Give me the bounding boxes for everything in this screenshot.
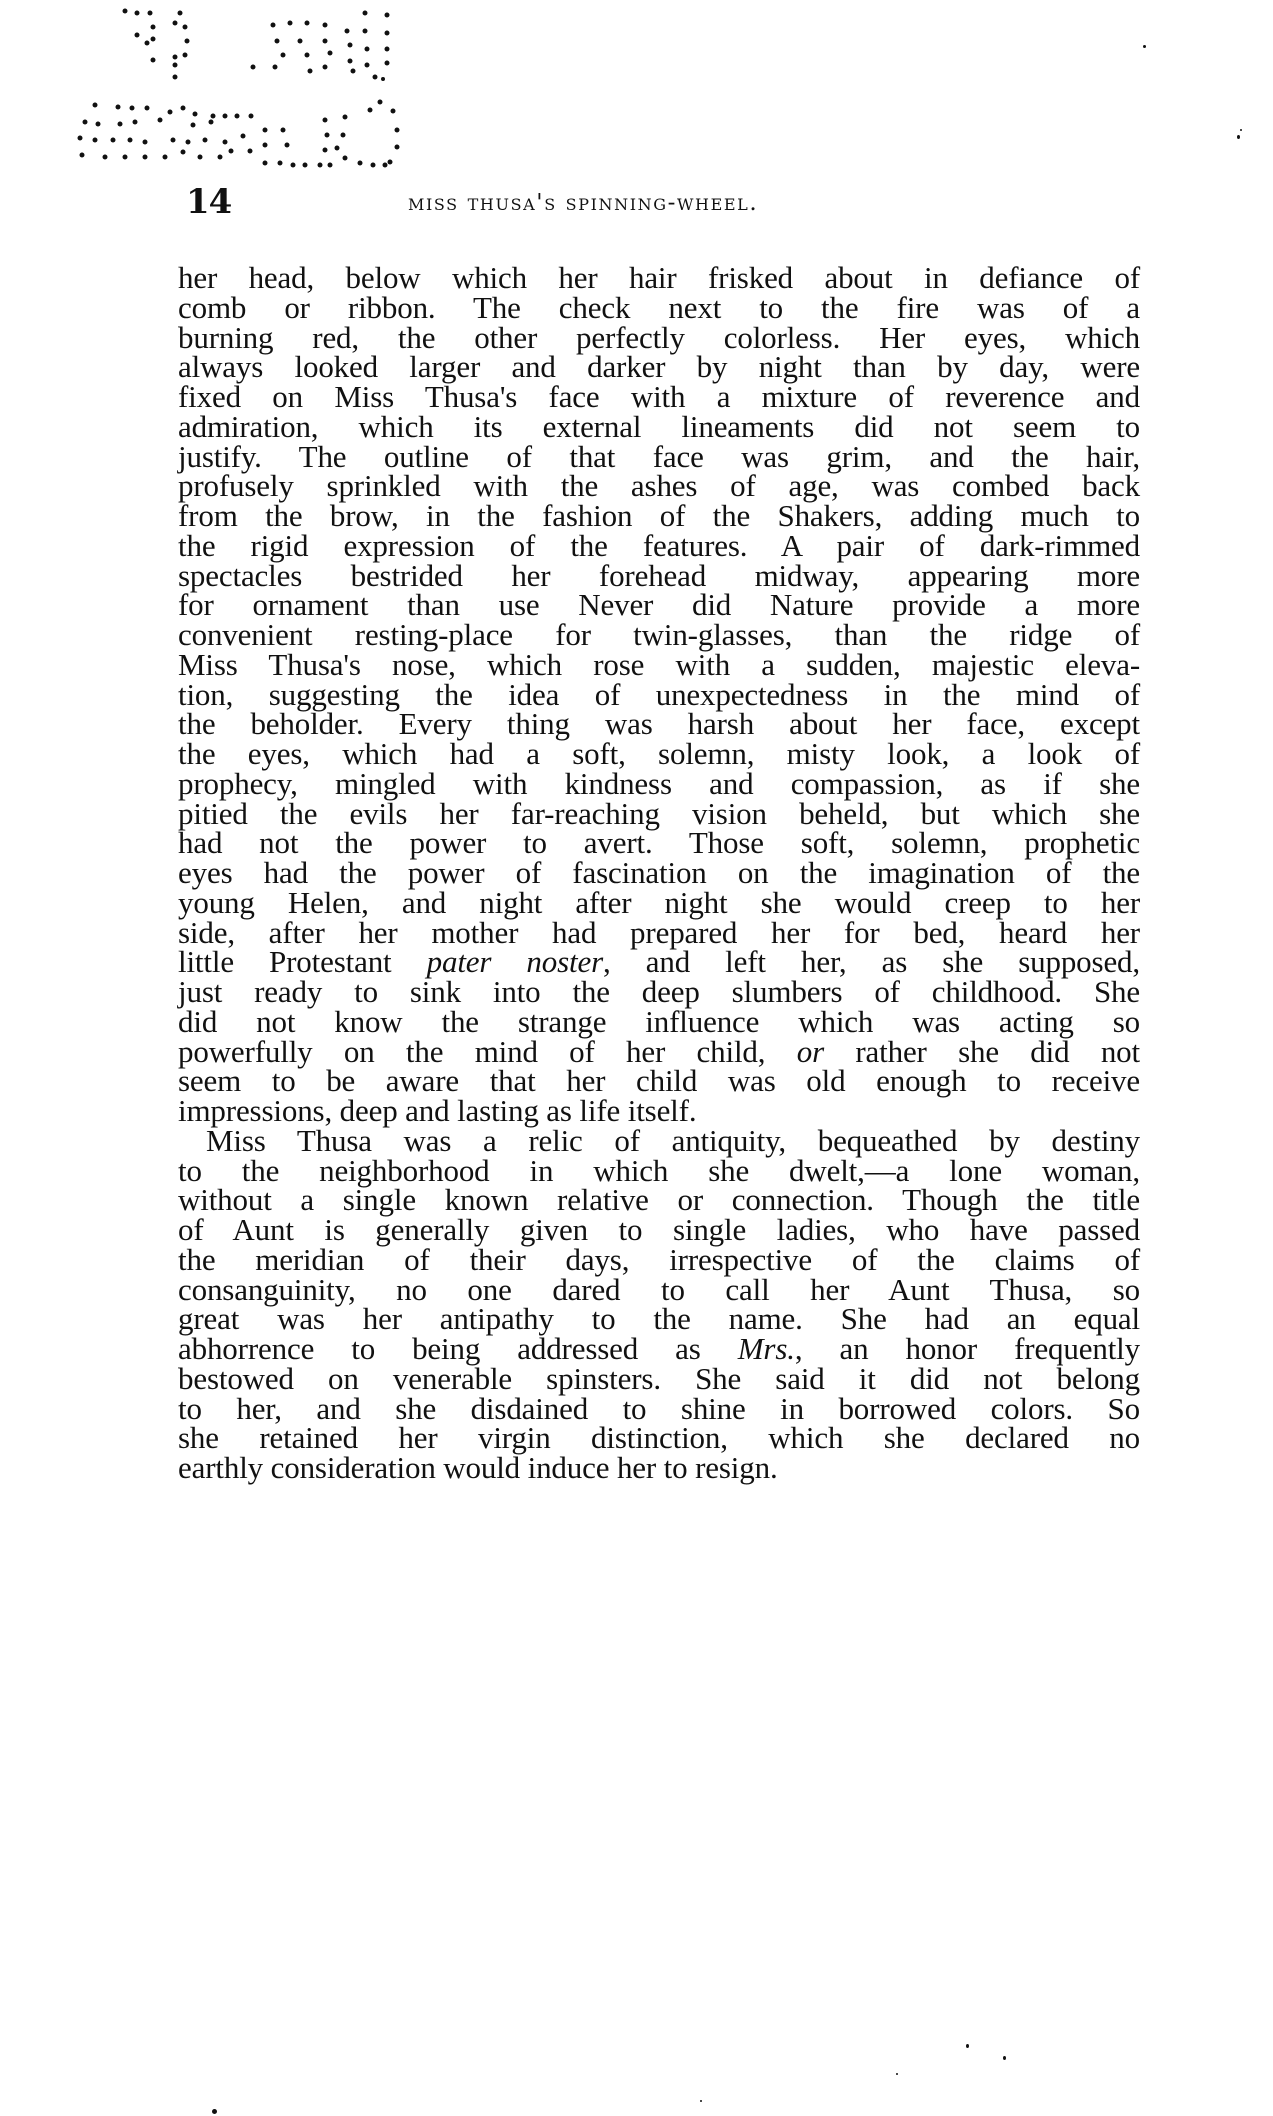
text-line: Miss Thusa's nose, which rose with a sud… [178, 650, 1140, 680]
text-line: convenient resting-place for twin-glasse… [178, 620, 1140, 650]
text-line: without a single known relative or conne… [178, 1185, 1140, 1215]
text-line: spectacles bestrided her forehead midway… [178, 561, 1140, 591]
text-line: of Aunt is generally given to single lad… [178, 1215, 1140, 1245]
text-line: had not the power to avert. Those soft, … [178, 828, 1140, 858]
text-line: pitied the evils her far-reaching vision… [178, 799, 1140, 829]
text-line: the beholder. Every thing was harsh abou… [178, 709, 1140, 739]
text-line: to the neighborhood in which she dwelt,—… [178, 1156, 1140, 1186]
text-line: powerfully on the mind of her child, or … [178, 1037, 1140, 1067]
running-head: 14 MISS THUSA'S SPINNING-WHEEL. [186, 182, 1146, 222]
text-line: her head, below which her hair frisked a… [178, 263, 1140, 293]
text-line: from the brow, in the fashion of the Sha… [178, 501, 1140, 531]
text-line: justify. The outline of that face was gr… [178, 442, 1140, 472]
text-line: great was her antipathy to the name. She… [178, 1304, 1140, 1334]
page-number: 14 [186, 182, 231, 222]
text-line: comb or ribbon. The check next to the fi… [178, 293, 1140, 323]
text-line: earthly consideration would induce her t… [178, 1453, 1140, 1483]
text-line: profusely sprinkled with the ashes of ag… [178, 471, 1140, 501]
text-line: to her, and she disdained to shine in bo… [178, 1394, 1140, 1424]
text-line: tion, suggesting the idea of unexpectedn… [178, 680, 1140, 710]
text-line: consanguinity, no one dared to call her … [178, 1275, 1140, 1305]
text-line: just ready to sink into the deep slumber… [178, 977, 1140, 1007]
paragraph: her head, below which her hair frisked a… [178, 263, 1140, 1126]
body-text: her head, below which her hair frisked a… [178, 263, 1140, 1483]
text-line: Miss Thusa was a relic of antiquity, beq… [178, 1126, 1140, 1156]
text-line: impressions, deep and lasting as life it… [178, 1096, 1140, 1126]
text-line: the rigid expression of the features. A … [178, 531, 1140, 561]
text-line: seem to be aware that her child was old … [178, 1066, 1140, 1096]
text-line: prophecy, mingled with kindness and comp… [178, 769, 1140, 799]
book-page: 14 MISS THUSA'S SPINNING-WHEEL. her head… [0, 0, 1273, 2116]
text-line: young Helen, and night after night she w… [178, 888, 1140, 918]
text-line: the eyes, which had a soft, solemn, mist… [178, 739, 1140, 769]
text-line: for ornament than use Never did Nature p… [178, 590, 1140, 620]
text-line: admiration, which its external lineament… [178, 412, 1140, 442]
text-line: little Protestant pater noster, and left… [178, 947, 1140, 977]
text-line: she retained her virgin distinction, whi… [178, 1423, 1140, 1453]
text-line: eyes had the power of fascination on the… [178, 858, 1140, 888]
text-line: fixed on Miss Thusa's face with a mixtur… [178, 382, 1140, 412]
text-line: did not know the strange influence which… [178, 1007, 1140, 1037]
running-title: MISS THUSA'S SPINNING-WHEEL. [408, 190, 758, 216]
text-line: burning red, the other perfectly colorle… [178, 323, 1140, 353]
text-line: bestowed on venerable spinsters. She sai… [178, 1364, 1140, 1394]
text-line: always looked larger and darker by night… [178, 352, 1140, 382]
paragraph: Miss Thusa was a relic of antiquity, beq… [178, 1126, 1140, 1483]
text-line: the meridian of their days, irrespective… [178, 1245, 1140, 1275]
perforation-stamp-icon [25, 5, 585, 175]
text-line: side, after her mother had prepared her … [178, 918, 1140, 948]
text-line: abhorrence to being addressed as Mrs., a… [178, 1334, 1140, 1364]
